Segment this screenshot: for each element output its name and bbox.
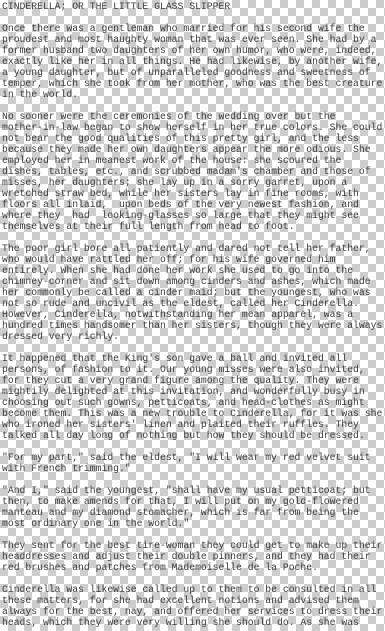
document-page: CINDERELLA; OR THE LITTLE GLASS SLIPPER … <box>0 0 385 631</box>
story-paragraph: No sooner were the ceremonies of the wed… <box>2 111 385 232</box>
text-content: CINDERELLA; OR THE LITTLE GLASS SLIPPER … <box>2 1 385 628</box>
story-paragraph: "And I," said the youngest, "shall have … <box>2 485 385 529</box>
document-title: CINDERELLA; OR THE LITTLE GLASS SLIPPER <box>2 1 385 12</box>
story-paragraph: "For my part," said the eldest, "I will … <box>2 452 385 474</box>
story-paragraph: They sent for the best tire-woman they c… <box>2 540 385 573</box>
story-paragraph: The poor girl bore all patiently and dar… <box>2 243 385 342</box>
story-paragraph: It happened that the King's son gave a b… <box>2 353 385 441</box>
story-paragraph: Once there was a gentleman who married f… <box>2 23 385 100</box>
story-paragraph: Cinderella was likewise called up to the… <box>2 584 385 628</box>
